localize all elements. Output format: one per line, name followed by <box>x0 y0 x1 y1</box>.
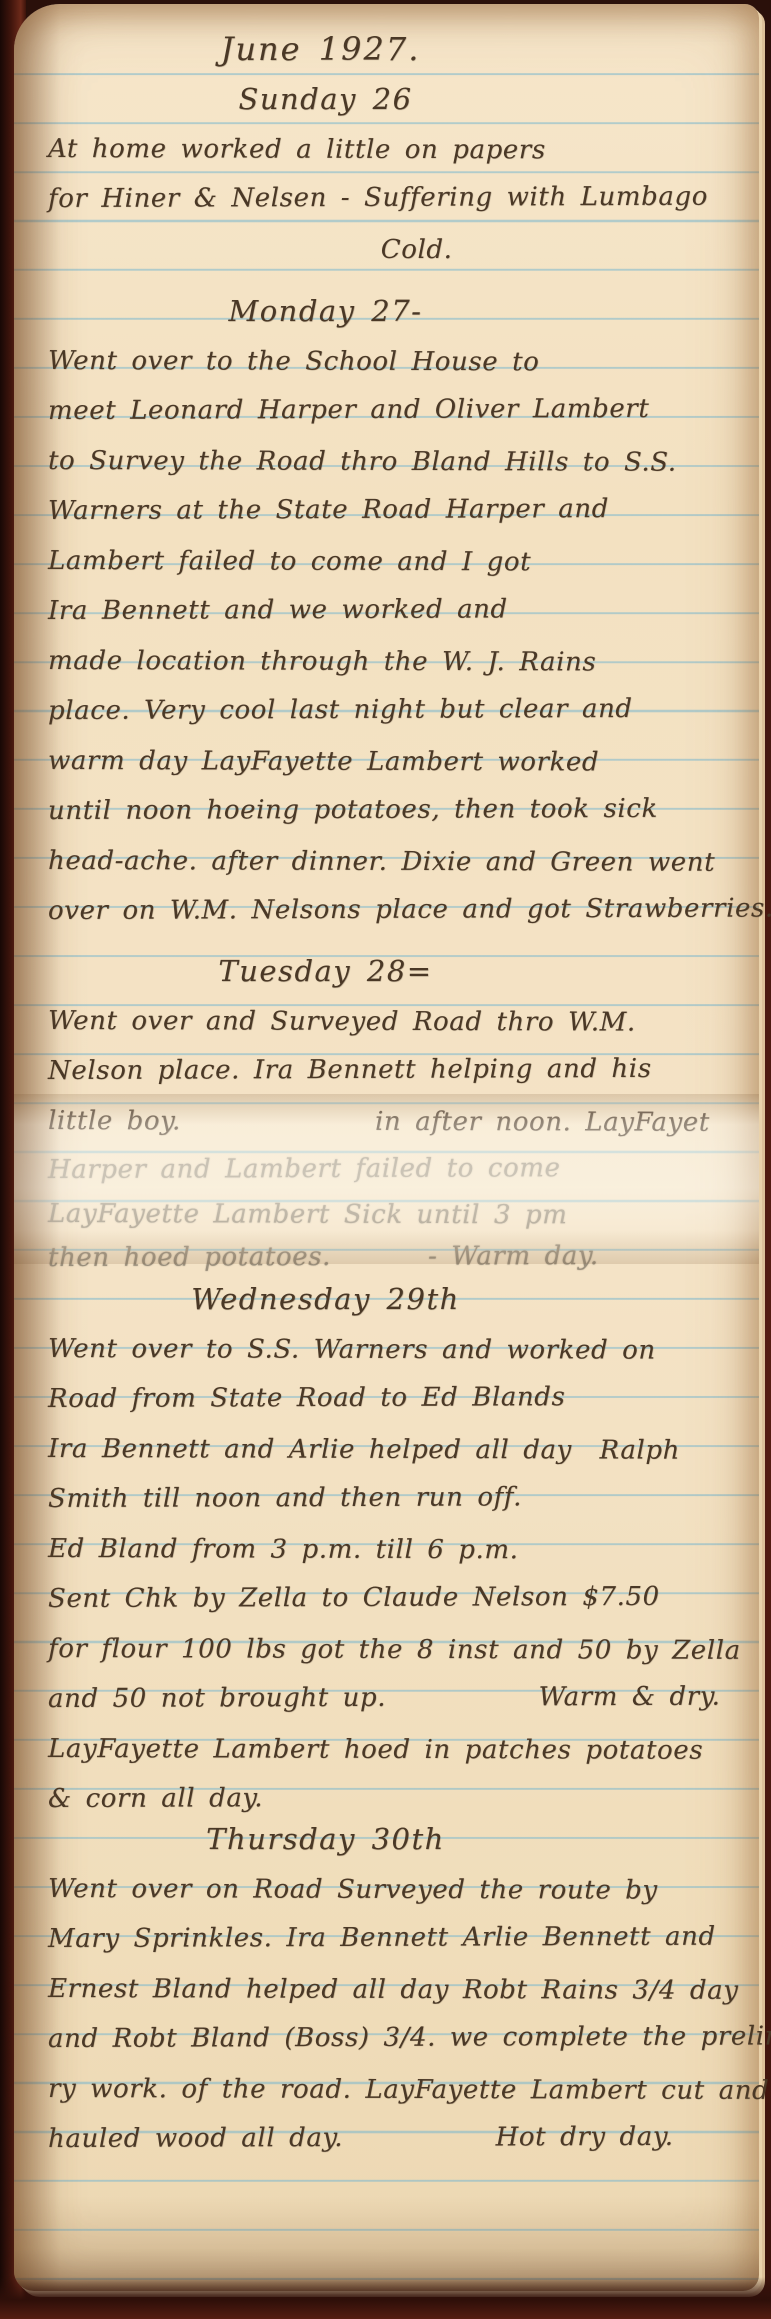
diary-line: head-ache. after dinner. Dixie and Green… <box>48 836 723 888</box>
diary-line: Road from State Road to Ed Blands <box>48 1372 723 1424</box>
diary-line: Went over to the School House to <box>48 336 723 388</box>
entry-heading: Wednesday 29th <box>48 1274 723 1324</box>
diary-entry: Thursday 30thWent over on Road Surveyed … <box>48 1814 723 2164</box>
book-cover-bottom-edge <box>0 2277 771 2319</box>
diary-line: Harper and Lambert failed to come <box>48 1146 723 1192</box>
diary-line: Ira Bennett and we worked and <box>48 584 723 636</box>
diary-line: Went over to S.S. Warners and worked on <box>48 1324 723 1376</box>
diary-entry: Sunday 26At home worked a little on pape… <box>48 74 723 274</box>
diary-line: Ed Bland from 3 p.m. till 6 p.m. <box>48 1524 723 1576</box>
diary-line: Cold. <box>48 224 723 276</box>
diary-line: for Hiner & Nelsen - Suffering with Lumb… <box>48 172 723 224</box>
diary-line: made location through the W. J. Rains <box>48 636 723 688</box>
diary-line: for flour 100 lbs got the 8 inst and 50 … <box>48 1624 723 1676</box>
diary-line: & corn all day. <box>48 1772 723 1824</box>
diary-line: over on W.M. Nelsons place and got Straw… <box>48 884 723 936</box>
diary-line: Smith till noon and then run off. <box>48 1472 723 1524</box>
month-header: June 1927. <box>48 24 723 74</box>
diary-line: Ira Bennett and Arlie helped all day Ral… <box>48 1424 723 1476</box>
diary-line: until noon hoeing potatoes, then took si… <box>48 784 723 836</box>
diary-line: and Robt Bland (Boss) 3/4. we complete t… <box>48 2012 723 2064</box>
diary-line: ry work. of the road. LayFayette Lambert… <box>48 2064 723 2116</box>
notebook-scan: June 1927. Sunday 26At home worked a lit… <box>0 0 771 2319</box>
diary-line: place. Very cool last night but clear an… <box>48 684 723 736</box>
diary-line: LayFayette Lambert hoed in patches potat… <box>48 1724 723 1776</box>
diary-entry: Monday 27-Went over to the School House … <box>48 286 723 936</box>
handwritten-content: June 1927. Sunday 26At home worked a lit… <box>14 4 759 2291</box>
diary-line: LayFayette Lambert Sick until 3 pm <box>48 1192 723 1238</box>
entry-heading: Monday 27- <box>48 286 723 336</box>
diary-line: hauled wood all day. Hot dry day. <box>48 2112 723 2164</box>
diary-line: warm day LayFayette Lambert worked <box>48 736 723 788</box>
entry-heading: Tuesday 28= <box>48 946 723 996</box>
diary-line: Nelson place. Ira Bennett helping and hi… <box>48 1044 723 1096</box>
diary-line: Lambert failed to come and I got <box>48 536 723 588</box>
diary-line: to Survey the Road thro Bland Hills to S… <box>48 436 723 488</box>
diary-line: Sent Chk by Zella to Claude Nelson $7.50 <box>48 1572 723 1624</box>
diary-line: and 50 not brought up. Warm & dry. <box>48 1672 723 1724</box>
diary-line: Warners at the State Road Harper and <box>48 484 723 536</box>
diary-line: Ernest Bland helped all day Robt Rains 3… <box>48 1964 723 2016</box>
diary-page: June 1927. Sunday 26At home worked a lit… <box>14 4 759 2291</box>
diary-line: meet Leonard Harper and Oliver Lambert <box>48 384 723 436</box>
diary-entry: Wednesday 29thWent over to S.S. Warners … <box>48 1274 723 1824</box>
diary-entry: Tuesday 28=Went over and Surveyed Road t… <box>48 946 723 1280</box>
diary-line: At home worked a little on papers <box>48 124 723 176</box>
diary-line: Went over on Road Surveyed the route by <box>48 1864 723 1916</box>
diary-line: Went over and Surveyed Road thro W.M. <box>48 996 723 1048</box>
diary-line: little boy. in after noon. LayFayet <box>48 1096 723 1148</box>
entry-heading: Sunday 26 <box>48 74 723 124</box>
diary-line: Mary Sprinkles. Ira Bennett Arlie Bennet… <box>48 1912 723 1964</box>
diary-line: then hoed potatoes. - Warm day. <box>48 1234 723 1280</box>
